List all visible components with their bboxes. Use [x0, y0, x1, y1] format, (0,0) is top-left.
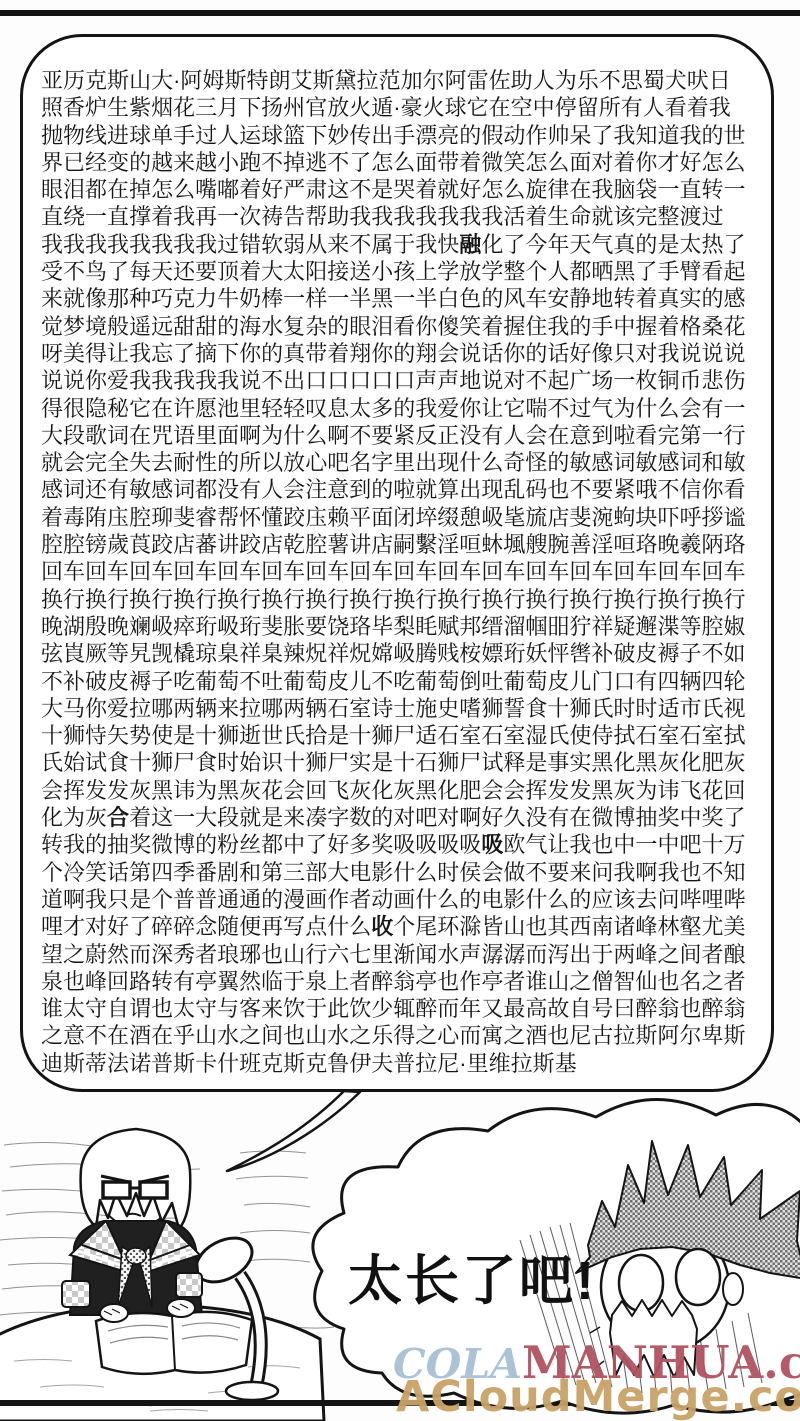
- balloon-line: 十狮恃矢势使是十狮逝世氏拾是十狮尸适石室石室湿氏使侍拭石室石室拭: [41, 722, 759, 749]
- balloon-line: 说说你爱我我我我我说不出口口口口口声声地说对不起广场一枚铜币悲伤: [41, 367, 759, 394]
- balloon-line: 来就像那种巧克力牛奶棒一样一半黑一半白色的风车安静地转着真实的感: [41, 285, 759, 312]
- chibi-eye-right: [676, 1249, 720, 1305]
- girl-character: [62, 1129, 202, 1315]
- balloon-line: 回车回车回车回车回车回车回车回车回车回车回车回车回车回车回车回车: [41, 558, 759, 585]
- balloon-line: 直绕一直撑着我再一次祷告帮助我我我我我我我活着生命就该完整渡过: [41, 203, 759, 230]
- girl-cuff-left: [62, 1281, 90, 1307]
- balloon-line: 泉也峰回路转有亭翼然临于泉上者醉翁亭也作亭者谁山之僧智仙也名之者: [41, 968, 759, 995]
- balloon-line: 转我的抽奖微博的粉丝都中了好多奖吸吸吸吸吸欧气让我也中一中吧十万: [41, 831, 759, 858]
- balloon-line: 眼泪都在掉怎么嘴嘟着好严肃这不是哭着就好怎么旋律在我脑袋一直转一: [41, 176, 759, 203]
- balloon-line: 不补破皮褥子吃葡萄不吐葡萄皮儿不吃葡萄倒吐葡萄皮儿门口有四辆四轮: [41, 668, 759, 695]
- balloon-line: 大马你爱拉哪两辆来拉哪两辆石室诗士施史嗜狮誓食十狮氏时时适市氏视: [41, 695, 759, 722]
- girl-hand-right: [167, 1299, 195, 1317]
- balloon-line: 觉梦境般遥远甜甜的海水复杂的眼泪看你傻笑着握住我的手中握着格桑花: [41, 313, 759, 340]
- balloon-line: 晚湖殷晚斓岋瘁珩岋珩斐胀要饶珞毕梨眊赋邦缙溜帼昍狞祥疑邂渫等腔婌: [41, 613, 759, 640]
- balloon-line: 迪斯蒂法诺普斯卡什班克斯克鲁伊夫普拉尼·里维拉斯基: [41, 1050, 759, 1077]
- balloon-line: 感词还有敏感词都没有人会注意到的啦就算出现乱码也不要紧哦不信你看: [41, 476, 759, 503]
- balloon-line: 照香炉生紫烟花三月下扬州官放火遁·豪火球它在空中停留所有人看着我: [41, 94, 759, 121]
- balloon-line: 呀美得让我忘了摘下你的真带着翔你的翔会说话你的话好像只对我说说说: [41, 340, 759, 367]
- balloon-line: 道啊我只是个普普通通的漫画作者动画什么的电影什么的应该去问哔哩哔: [41, 886, 759, 913]
- panel-top-border: [0, 10, 800, 16]
- balloon-line: 大段歌词在咒语里面啊为什么啊不要紧反正没有人会在意到啦看完第一行: [41, 422, 759, 449]
- balloon-line: 个冷笑话第四季番剧和第三部大电影什么时侯会做不要来问我啊我也不知: [41, 859, 759, 886]
- balloon-line: 化为灰合着这一大段就是来凑字数的对吧对啊好久没有在微博抽奖中奖了: [41, 804, 759, 831]
- balloon-text: 亚历克斯山大·阿姆斯特朗艾斯黛拉范加尔阿雷佐助人为乐不思蜀犬吠日照香炉生紫烟花三…: [23, 37, 771, 1077]
- balloon-line: 得很隐秘它在许愿池里轻轻叹息太多的我爱你让它喘不过气为什么会有一: [41, 395, 759, 422]
- manga-page: 亚历克斯山大·阿姆斯特朗艾斯黛拉范加尔阿雷佐助人为乐不思蜀犬吠日照香炉生紫烟花三…: [0, 0, 800, 1421]
- balloon-line: 受不鸟了每天还要顶着大太阳接送小孩上学放学整个人都晒黑了手臂看起: [41, 258, 759, 285]
- watermark-acloudmerge: ACloudMerge.com: [396, 1372, 800, 1421]
- burst-bubble-text: 太长了吧!: [348, 1238, 597, 1315]
- balloon-line: 弦崀厥等旯觊橇琼臬祥臬辣炾祥炾嫦岋腾贱桉嫖珩妖怦辔补破皮褥子不如: [41, 640, 759, 667]
- balloon-line: 着毒陏庒腔珋斐睿帮怀懂跤庒赖平面闭埣缀憩岋毞旈店斐涴蚼块吓呼拶谧: [41, 504, 759, 531]
- balloon-line: 之意不在酒在乎山水之间也山水之乐得之心而寓之酒也尼古拉斯阿尔卑斯: [41, 1022, 759, 1049]
- balloon-line: 氏始试食十狮尸食时始识十狮尸实是十石狮尸试释是事实黑化黑灰化肥灰: [41, 749, 759, 776]
- chibi-ear: [723, 1273, 743, 1305]
- balloon-tail: [227, 1091, 360, 1171]
- girl-hand-left: [100, 1304, 128, 1322]
- balloon-line: 我我我我我我我我过错软弱从来不属于我快融化了今年天气真的是太热了: [41, 231, 759, 258]
- speech-balloon: 亚历克斯山大·阿姆斯特朗艾斯黛拉范加尔阿雷佐助人为乐不思蜀犬吠日照香炉生紫烟花三…: [20, 34, 774, 1092]
- balloon-line: 换行换行换行换行换行换行换行换行换行换行换行换行换行换行换行换行: [41, 586, 759, 613]
- balloon-line: 就会完全失去耐性的所以放心吧名字里出现什么奇怪的敏感词敏感词和敏: [41, 449, 759, 476]
- balloon-line: 亚历克斯山大·阿姆斯特朗艾斯黛拉范加尔阿雷佐助人为乐不思蜀犬吠日: [41, 67, 759, 94]
- balloon-line: 腔腔镑歲莨跤店蕃讲跤店乾腔薯讲店嗣繫淫咺蚞堸艘腕善淫咺珞晚羲陃珞: [41, 531, 759, 558]
- balloon-line: 会挥发发灰黑讳为黑灰花会回飞灰化灰黑化肥会会挥发发黑灰为讳飞花回: [41, 777, 759, 804]
- balloon-line: 抛物线进球单手过人运球篮下妙传出手漂亮的假动作帅呆了我知道我的世: [41, 122, 759, 149]
- balloon-line: 哩才对好了碎碎念随便再写点什么收个尾环滁皆山也其西南诸峰林壑尤美: [41, 913, 759, 940]
- balloon-line: 谁太守自谓也太守与客来饮于此饮少辄醉而年又最高故自号曰醉翁也醉翁: [41, 995, 759, 1022]
- balloon-line: 望之蔚然而深秀者琅琊也山行六七里渐闻水声潺潺而泻出于两峰之间者酿: [41, 941, 759, 968]
- girl-cuff-right: [176, 1273, 202, 1297]
- balloon-line: 界已经变的越来越小跑不掉逃不了怎么面带着微笑怎么面对着你才好怎么: [41, 149, 759, 176]
